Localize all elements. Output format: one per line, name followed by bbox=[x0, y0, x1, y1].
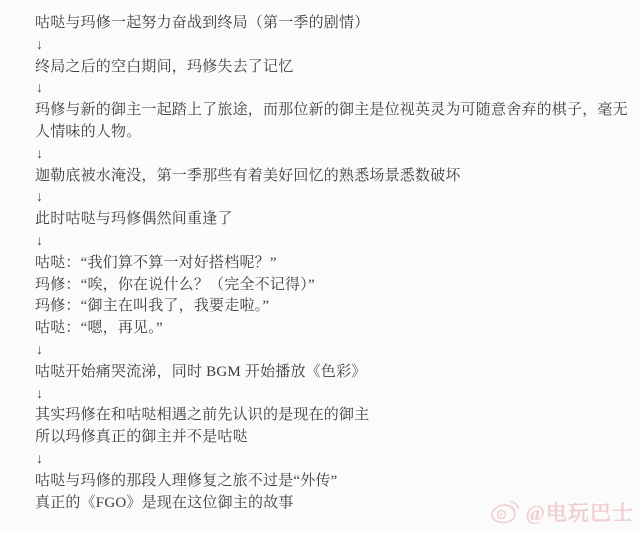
flow-text-line: 玛修：“御主在叫我了，我要走啦。” bbox=[35, 296, 635, 318]
flow-text-line: 咕哒与玛修一起努力奋战到终局（第一季的剧情） bbox=[35, 13, 635, 35]
flow-lines: 咕哒与玛修一起努力奋战到终局（第一季的剧情）↓终局之后的空白期间，玛修失去了记忆… bbox=[35, 13, 635, 514]
flow-arrow-icon: ↓ bbox=[35, 340, 635, 362]
watermark-handle: @电玩巴士 bbox=[525, 497, 634, 527]
flow-text-line: 咕哒：“嗯，再见。” bbox=[35, 318, 635, 340]
flow-text-line: 此时咕哒与玛修偶然间重逢了 bbox=[35, 209, 635, 231]
flow-text-line: 迦勒底被水淹没，第一季那些有着美好回忆的熟悉场景悉数破坏 bbox=[35, 166, 635, 188]
flow-text-line: 咕哒与玛修的那段人理修复之旅不过是“外传” bbox=[35, 471, 635, 493]
flow-arrow-icon: ↓ bbox=[35, 231, 635, 253]
watermark: @电玩巴士 bbox=[489, 497, 634, 527]
flow-text-line: 玛修与新的御主一起踏上了旅途，而那位新的御主是位视英灵为可随意舍弃的棋子，毫无人… bbox=[35, 100, 635, 144]
flow-arrow-icon: ↓ bbox=[35, 144, 635, 166]
flow-text-line: 终局之后的空白期间，玛修失去了记忆 bbox=[35, 57, 635, 79]
flow-arrow-icon: ↓ bbox=[35, 35, 635, 57]
flow-arrow-icon: ↓ bbox=[35, 78, 635, 100]
flow-arrow-icon: ↓ bbox=[35, 449, 635, 471]
flow-text-line: 玛修：“唉，你在说什么？（完全不记得）” bbox=[35, 275, 635, 297]
flow-arrow-icon: ↓ bbox=[35, 384, 635, 406]
weibo-logo-icon bbox=[489, 499, 521, 525]
flow-text-line: 咕哒开始痛哭流涕，同时 BGM 开始播放《色彩》 bbox=[35, 362, 635, 384]
page: 咕哒与玛修一起努力奋战到终局（第一季的剧情）↓终局之后的空白期间，玛修失去了记忆… bbox=[0, 0, 640, 533]
flow-text-line: 其实玛修在和咕哒相遇之前先认识的是现在的御主 bbox=[35, 405, 635, 427]
flow-text-line: 所以玛修真正的御主并不是咕哒 bbox=[35, 427, 635, 449]
flow-arrow-icon: ↓ bbox=[35, 187, 635, 209]
flow-text-line: 咕哒：“我们算不算一对好搭档呢？” bbox=[35, 253, 635, 275]
